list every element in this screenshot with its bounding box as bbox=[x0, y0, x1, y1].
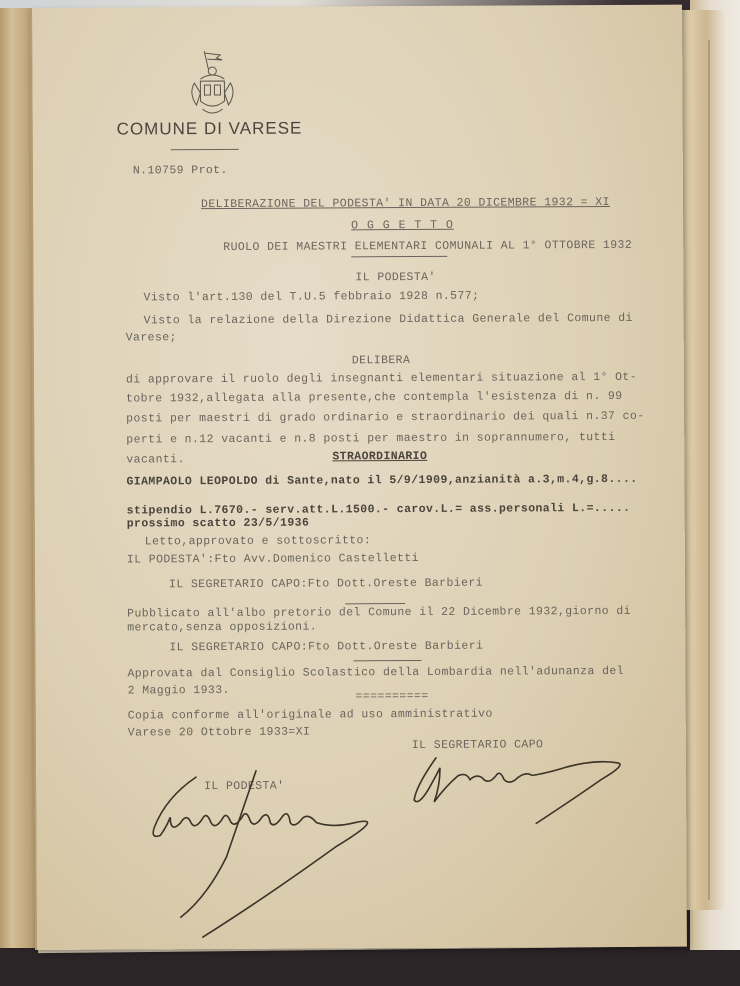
preamble-line: Varese; bbox=[126, 331, 177, 344]
approval-podesta-line: IL PODESTA':Fto Avv.Domenico Castelletti bbox=[127, 552, 419, 567]
protocol-number: N.10759 Prot. bbox=[133, 164, 228, 177]
segretario-signature-icon bbox=[406, 745, 646, 826]
section-rule bbox=[345, 603, 405, 604]
approval-segretario-line: IL SEGRETARIO CAPO:Fto Dott.Oreste Barbi… bbox=[169, 577, 483, 592]
council-separator: ========== bbox=[356, 690, 429, 703]
deliberation-heading: DELIBERAZIONE DEL PODESTA' IN DATA 20 DI… bbox=[201, 196, 610, 211]
podesta-signature-icon bbox=[136, 756, 437, 958]
publication-line: mercato,senza opposizioni. bbox=[127, 621, 317, 635]
teacher-entry-line: prossimo scatto 23/5/1936 bbox=[127, 517, 310, 531]
preamble-line: Visto la relazione della Direzione Didat… bbox=[144, 312, 633, 328]
delibera-line: vacanti. bbox=[126, 453, 184, 466]
oggetto-label: O G G E T T O bbox=[351, 219, 454, 233]
publication-line: Pubblicato all'albo pretorio del Comune … bbox=[127, 605, 631, 621]
council-line: 2 Maggio 1933. bbox=[128, 684, 230, 698]
council-line: Approvata dal Consiglio Scolastico della… bbox=[127, 665, 624, 681]
straordinario-label: STRAORDINARIO bbox=[332, 450, 427, 463]
preamble-line: Visto l'art.130 del T.U.5 febbraio 1928 … bbox=[143, 290, 479, 305]
municipality-title: COMUNE DI VARESE bbox=[117, 119, 303, 140]
il-podesta-heading: IL PODESTA' bbox=[355, 271, 435, 284]
teacher-entry-line: GIAMPAOLO LEOPOLDO di Sante,nato il 5/9/… bbox=[126, 473, 637, 489]
delibera-line: tobre 1932,allegata alla presente,che co… bbox=[126, 390, 623, 406]
oggetto-text: RUOLO DEI MAESTRI ELEMENTARI COMUNALI AL… bbox=[223, 239, 632, 254]
document-page: COMUNE DI VARESE N.10759 Prot. DELIBERAZ… bbox=[30, 5, 687, 950]
copy-line: Copia conforme all'originale ad uso ammi… bbox=[128, 708, 493, 723]
delibera-line: di approvare il ruolo degli insegnanti e… bbox=[126, 371, 637, 387]
publication-segretario-line: IL SEGRETARIO CAPO:Fto Dott.Oreste Barbi… bbox=[169, 640, 483, 655]
oggetto-rule bbox=[351, 256, 447, 258]
letterhead-rule bbox=[171, 149, 239, 150]
teacher-entry-line: stipendio L.7670.- serv.att.L.1500.- car… bbox=[127, 502, 631, 518]
approval-read-line: Letto,approvato e sottoscritto: bbox=[145, 534, 371, 548]
coat-of-arms-icon bbox=[182, 49, 242, 129]
delibera-line: perti e n.12 vacanti e n.8 posti per mae… bbox=[126, 431, 615, 447]
delibera-line: posti per maestri di grado ordinario e s… bbox=[126, 410, 644, 426]
section-rule bbox=[353, 660, 421, 661]
delibera-label: DELIBERA bbox=[352, 354, 410, 367]
copy-line: Varese 20 Ottobre 1933=XI bbox=[128, 726, 311, 740]
